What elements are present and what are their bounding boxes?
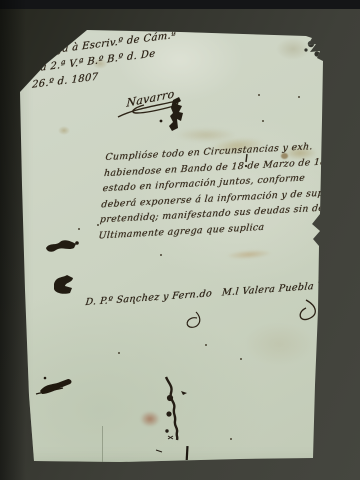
bleed-through-mark — [46, 240, 76, 251]
ink-tick — [168, 436, 173, 439]
backdrop-shadow — [0, 0, 26, 480]
ink-fleck — [181, 391, 187, 395]
ink-exclamation-mark — [246, 154, 247, 162]
tear-blob — [167, 395, 173, 401]
tear-hole — [304, 48, 307, 51]
ink-dash — [186, 446, 189, 460]
manuscript-page: Diga à Escriv.º de Cám.ª la 2.ª V.ª B.º … — [0, 0, 360, 480]
signature-flourish — [118, 102, 178, 117]
photo-top-edge — [0, 0, 360, 9]
photo-of-manuscript: Diga à Escriv.º de Cám.ª la 2.ª V.ª B.º … — [0, 0, 360, 480]
ink-speck — [160, 120, 163, 123]
bleed-through-mark — [54, 275, 73, 294]
signature-rubric — [300, 300, 315, 320]
tear-blob — [165, 429, 168, 432]
tear-blob — [166, 411, 171, 416]
ink-exclamation-dot — [245, 165, 247, 167]
ink-marks-overlay — [0, 0, 360, 480]
tear-hole — [308, 41, 314, 47]
ink-speck — [44, 377, 47, 380]
ink-tick — [156, 450, 162, 452]
signature-rubric — [187, 312, 200, 327]
bleed-through-dot — [75, 241, 79, 245]
tear-hole — [314, 51, 319, 56]
